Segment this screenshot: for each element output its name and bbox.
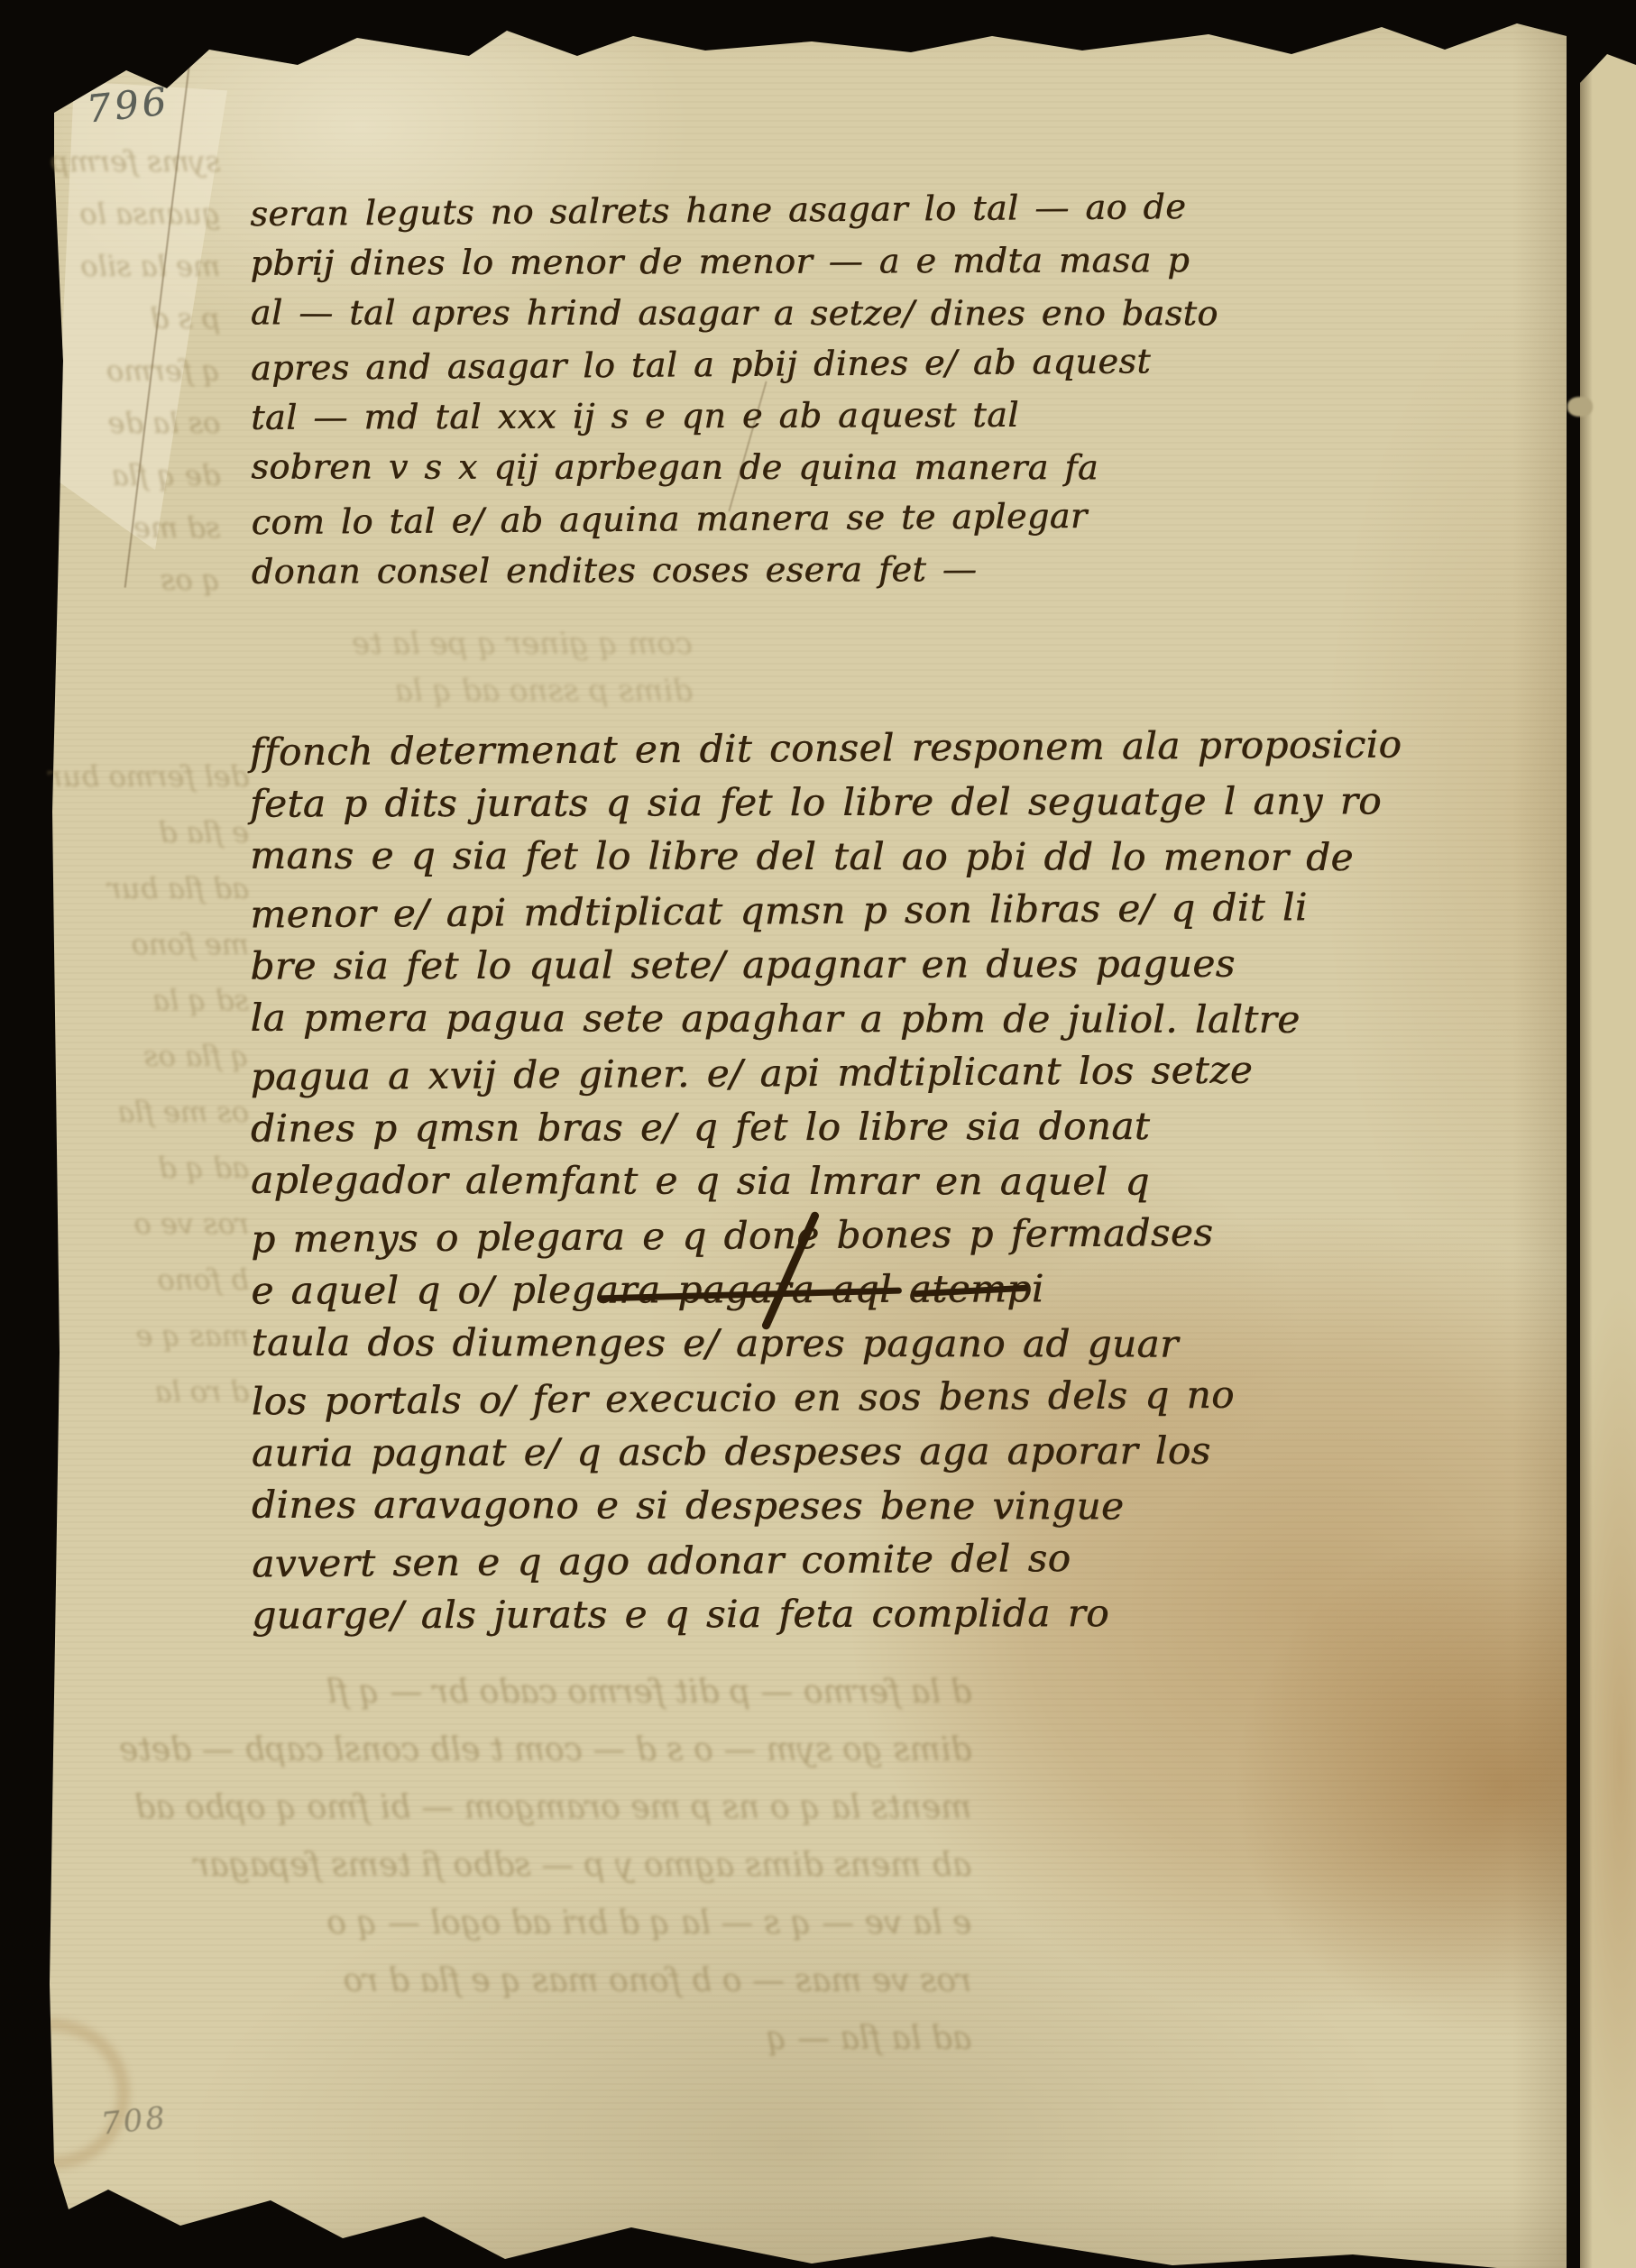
manuscript-line: ffonch determenat en dit consel responem… <box>250 718 1402 780</box>
manuscript-line: auria pagnat e/ q ascb despeses aga apor… <box>252 1423 1404 1480</box>
bleedthrough-line: q fla os <box>49 1028 249 1084</box>
manuscript-line: guarge/ als jurats e q sia feta complida… <box>252 1585 1404 1642</box>
manuscript-line: los portals o/ fer execucio en sos bens … <box>251 1367 1403 1429</box>
bleedthrough-line: q fermo <box>51 344 220 397</box>
folio-number-top: 796 <box>85 78 172 131</box>
bleedthrough-line: dims p ssno ad q la <box>352 667 693 714</box>
gutter-paper-speck <box>1567 397 1593 417</box>
manuscript-line: pagua a xvij de giner. e/ api mdtiplican… <box>250 1042 1402 1105</box>
bleedthrough-line: de q fla <box>51 449 220 501</box>
bleedthrough-line: ad la fla — q <box>119 2010 971 2068</box>
manuscript-line: la pmera pagua sete apaghar a pbm de jul… <box>250 991 1402 1047</box>
bleedthrough-line: ad fla bur <box>49 860 249 916</box>
bleedthrough-line: d ro la <box>49 1364 249 1419</box>
bleedthrough-line: mas q e <box>49 1308 249 1364</box>
bleedthrough-line: ments la q o ns p me oramgom — bi fmo q … <box>119 1779 971 1837</box>
scan-background: { "page": { "folio_number_top": "796", "… <box>0 0 1636 2268</box>
bleedthrough-line: os la de <box>51 397 220 449</box>
bleedthrough-line: me fono <box>49 916 249 972</box>
ring-stain <box>0 2018 130 2170</box>
bleedthrough-bottom: d la fermo — p dit fermo cado br — q fld… <box>119 1664 971 2068</box>
bleedthrough-left-lower: del fermo bure fla dad fla burme fonosd … <box>49 748 249 1419</box>
bleedthrough-line: guansa lo <box>51 188 220 240</box>
adjacent-page-edge <box>1580 0 1636 2268</box>
bleedthrough-line: e la ve — q s — la q d bri ad ogol — q o <box>119 1895 971 1952</box>
bleedthrough-line: ad q d <box>49 1140 249 1196</box>
manuscript-line: dines p qmsn bras e/ q fet lo libre sia … <box>251 1098 1403 1155</box>
folio-number-bottom: 708 <box>99 2099 170 2143</box>
bleedthrough-between-blocks: com q giner q pe la tedims p ssno ad q l… <box>352 620 693 714</box>
bleedthrough-line: p s d <box>51 292 220 344</box>
bleedthrough-line: sd q la <box>49 972 249 1028</box>
manuscript-line: menor e/ api mdtiplicat qmsn p son libra… <box>250 880 1402 942</box>
manuscript-line: aplegador alemfant e q sia lmrar en aque… <box>251 1153 1403 1209</box>
bleedthrough-line: e fla d <box>49 804 249 860</box>
bleedthrough-line: dims go sym — o s d — com t elb consl ca… <box>119 1722 971 1779</box>
manuscript-line: pbrij dines lo menor de menor — a e mdta… <box>250 234 1218 289</box>
bleedthrough-line: q os <box>51 554 220 606</box>
manuscript-line: mans e q sia fet lo libre del tal ao pbi… <box>250 829 1402 885</box>
bleedthrough-line: os me fla <box>49 1084 249 1140</box>
bleedthrough-line: ros ve mas — o b fono mas q e fla d ro <box>119 1952 971 2010</box>
bleedthrough-line: b fono <box>49 1252 249 1308</box>
manuscript-line: p menys o plegara e q done bones p ferma… <box>251 1205 1403 1267</box>
bleedthrough-line: ros ve o <box>49 1196 249 1252</box>
manuscript-line: avvert sen e q ago adonar comite del so <box>252 1529 1404 1592</box>
bleedthrough-line: sd me <box>51 501 220 554</box>
manuscript-line: taula dos diumenges e/ apres pagano ad g… <box>251 1316 1403 1372</box>
text-block-1: seran leguts no salrets hane asagar lo t… <box>250 183 1219 598</box>
manuscript-line: seran leguts no salrets hane asagar lo t… <box>250 181 1218 240</box>
bleedthrough-left-upper: syms fermpguansa lome la silop s dq ferm… <box>51 135 220 606</box>
manuscript-line: donan consel endites coses esera fet — <box>252 543 1219 598</box>
manuscript-line: feta p dits jurats q sia fet lo libre de… <box>250 774 1402 831</box>
text-block-2: ffonch determenat en dit consel responem… <box>250 720 1404 1642</box>
manuscript-line: dines aravagono e si despeses bene vingu… <box>252 1478 1404 1534</box>
manuscript-line: bre sia fet lo qual sete/ apagnar en due… <box>250 936 1402 993</box>
bleedthrough-line: del fermo bur <box>49 748 249 804</box>
manuscript-line: apres and asagar lo tal a pbij dines e/ … <box>251 335 1218 394</box>
bleedthrough-line: com q giner q pe la te <box>352 620 693 667</box>
manuscript-line: al — tal apres hrind asagar a setze/ din… <box>251 288 1218 340</box>
manuscript-line: com lo tal e/ ab aquina manera se te apl… <box>251 490 1218 548</box>
bleedthrough-line: ab mens dims agmo y p — sdbo fi tems fep… <box>119 1837 971 1895</box>
bleedthrough-line: me la silo <box>51 240 220 292</box>
bleedthrough-line: syms fermp <box>51 135 220 188</box>
manuscript-line: tal — md tal xxx ij s e qn e ab aquest t… <box>251 389 1218 444</box>
bleedthrough-line: d la fermo — p dit fermo cado br — q fl <box>119 1664 971 1722</box>
manuscript-line: sobren v s x qij aprbegan de quina maner… <box>251 442 1218 494</box>
